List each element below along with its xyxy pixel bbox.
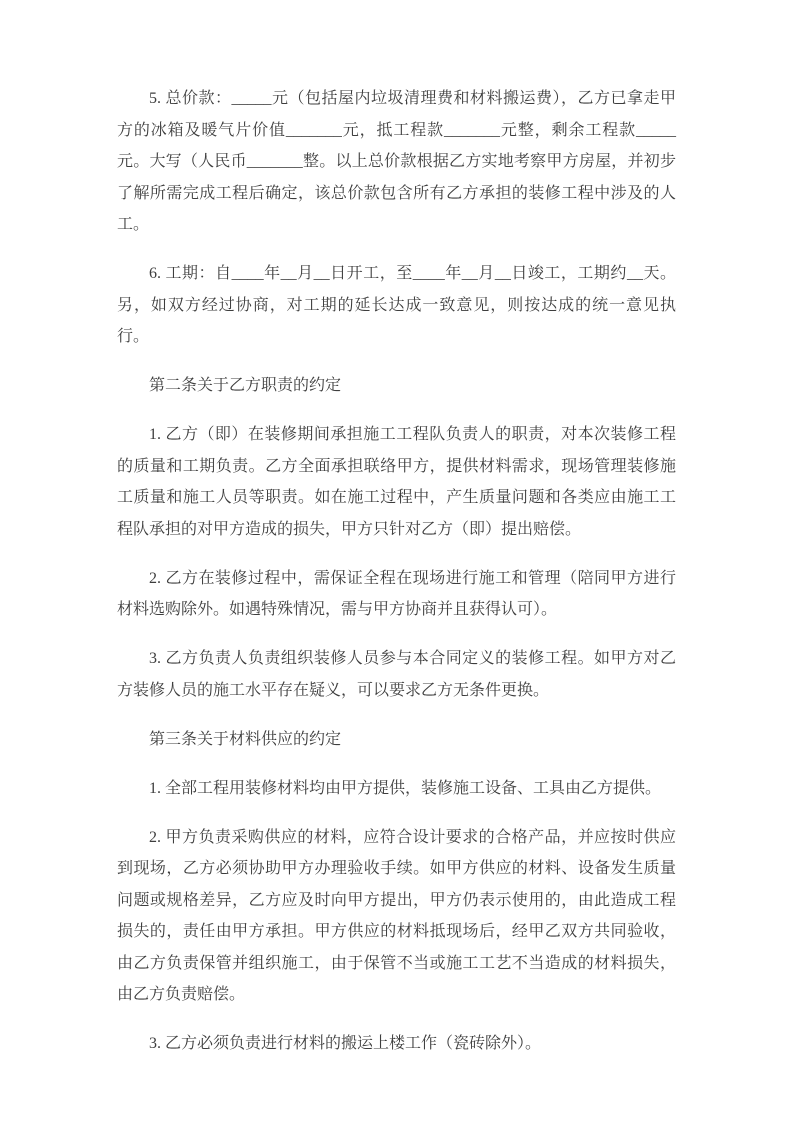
contract-paragraph: 1. 乙方（即）在装修期间承担施工工程队负责人的职责，对本次装修工程的质量和工期… xyxy=(117,419,676,545)
section-heading: 第三条关于材料供应的约定 xyxy=(117,724,676,756)
contract-paragraph: 3. 乙方必须负责进行材料的搬运上楼工作（瓷砖除外）。 xyxy=(117,1028,676,1060)
contract-paragraph: 3. 乙方负责人负责组织装修人员参与本合同定义的装修工程。如甲方对乙方装修人员的… xyxy=(117,643,676,706)
contract-paragraph: 5. 总价款：_____元（包括屋内垃圾清理费和材料搬运费），乙方已拿走甲方的冰… xyxy=(117,83,676,241)
contract-paragraph: 2. 甲方负责采购供应的材料，应符合设计要求的合格产品，并应按时供应到现场，乙方… xyxy=(117,822,676,1011)
contract-paragraph: 1. 全部工程用装修材料均由甲方提供，装修施工设备、工具由乙方提供。 xyxy=(117,773,676,805)
document-page: 5. 总价款：_____元（包括屋内垃圾清理费和材料搬运费），乙方已拿走甲方的冰… xyxy=(0,0,793,1122)
contract-body: 5. 总价款：_____元（包括屋内垃圾清理费和材料搬运费），乙方已拿走甲方的冰… xyxy=(117,83,676,1060)
contract-paragraph: 6. 工期：自____年__月__日开工，至____年__月__日竣工，工期约_… xyxy=(117,258,676,353)
section-heading: 第二条关于乙方职责的约定 xyxy=(117,370,676,402)
contract-paragraph: 2. 乙方在装修过程中，需保证全程在现场进行施工和管理（陪同甲方进行材料选购除外… xyxy=(117,563,676,626)
